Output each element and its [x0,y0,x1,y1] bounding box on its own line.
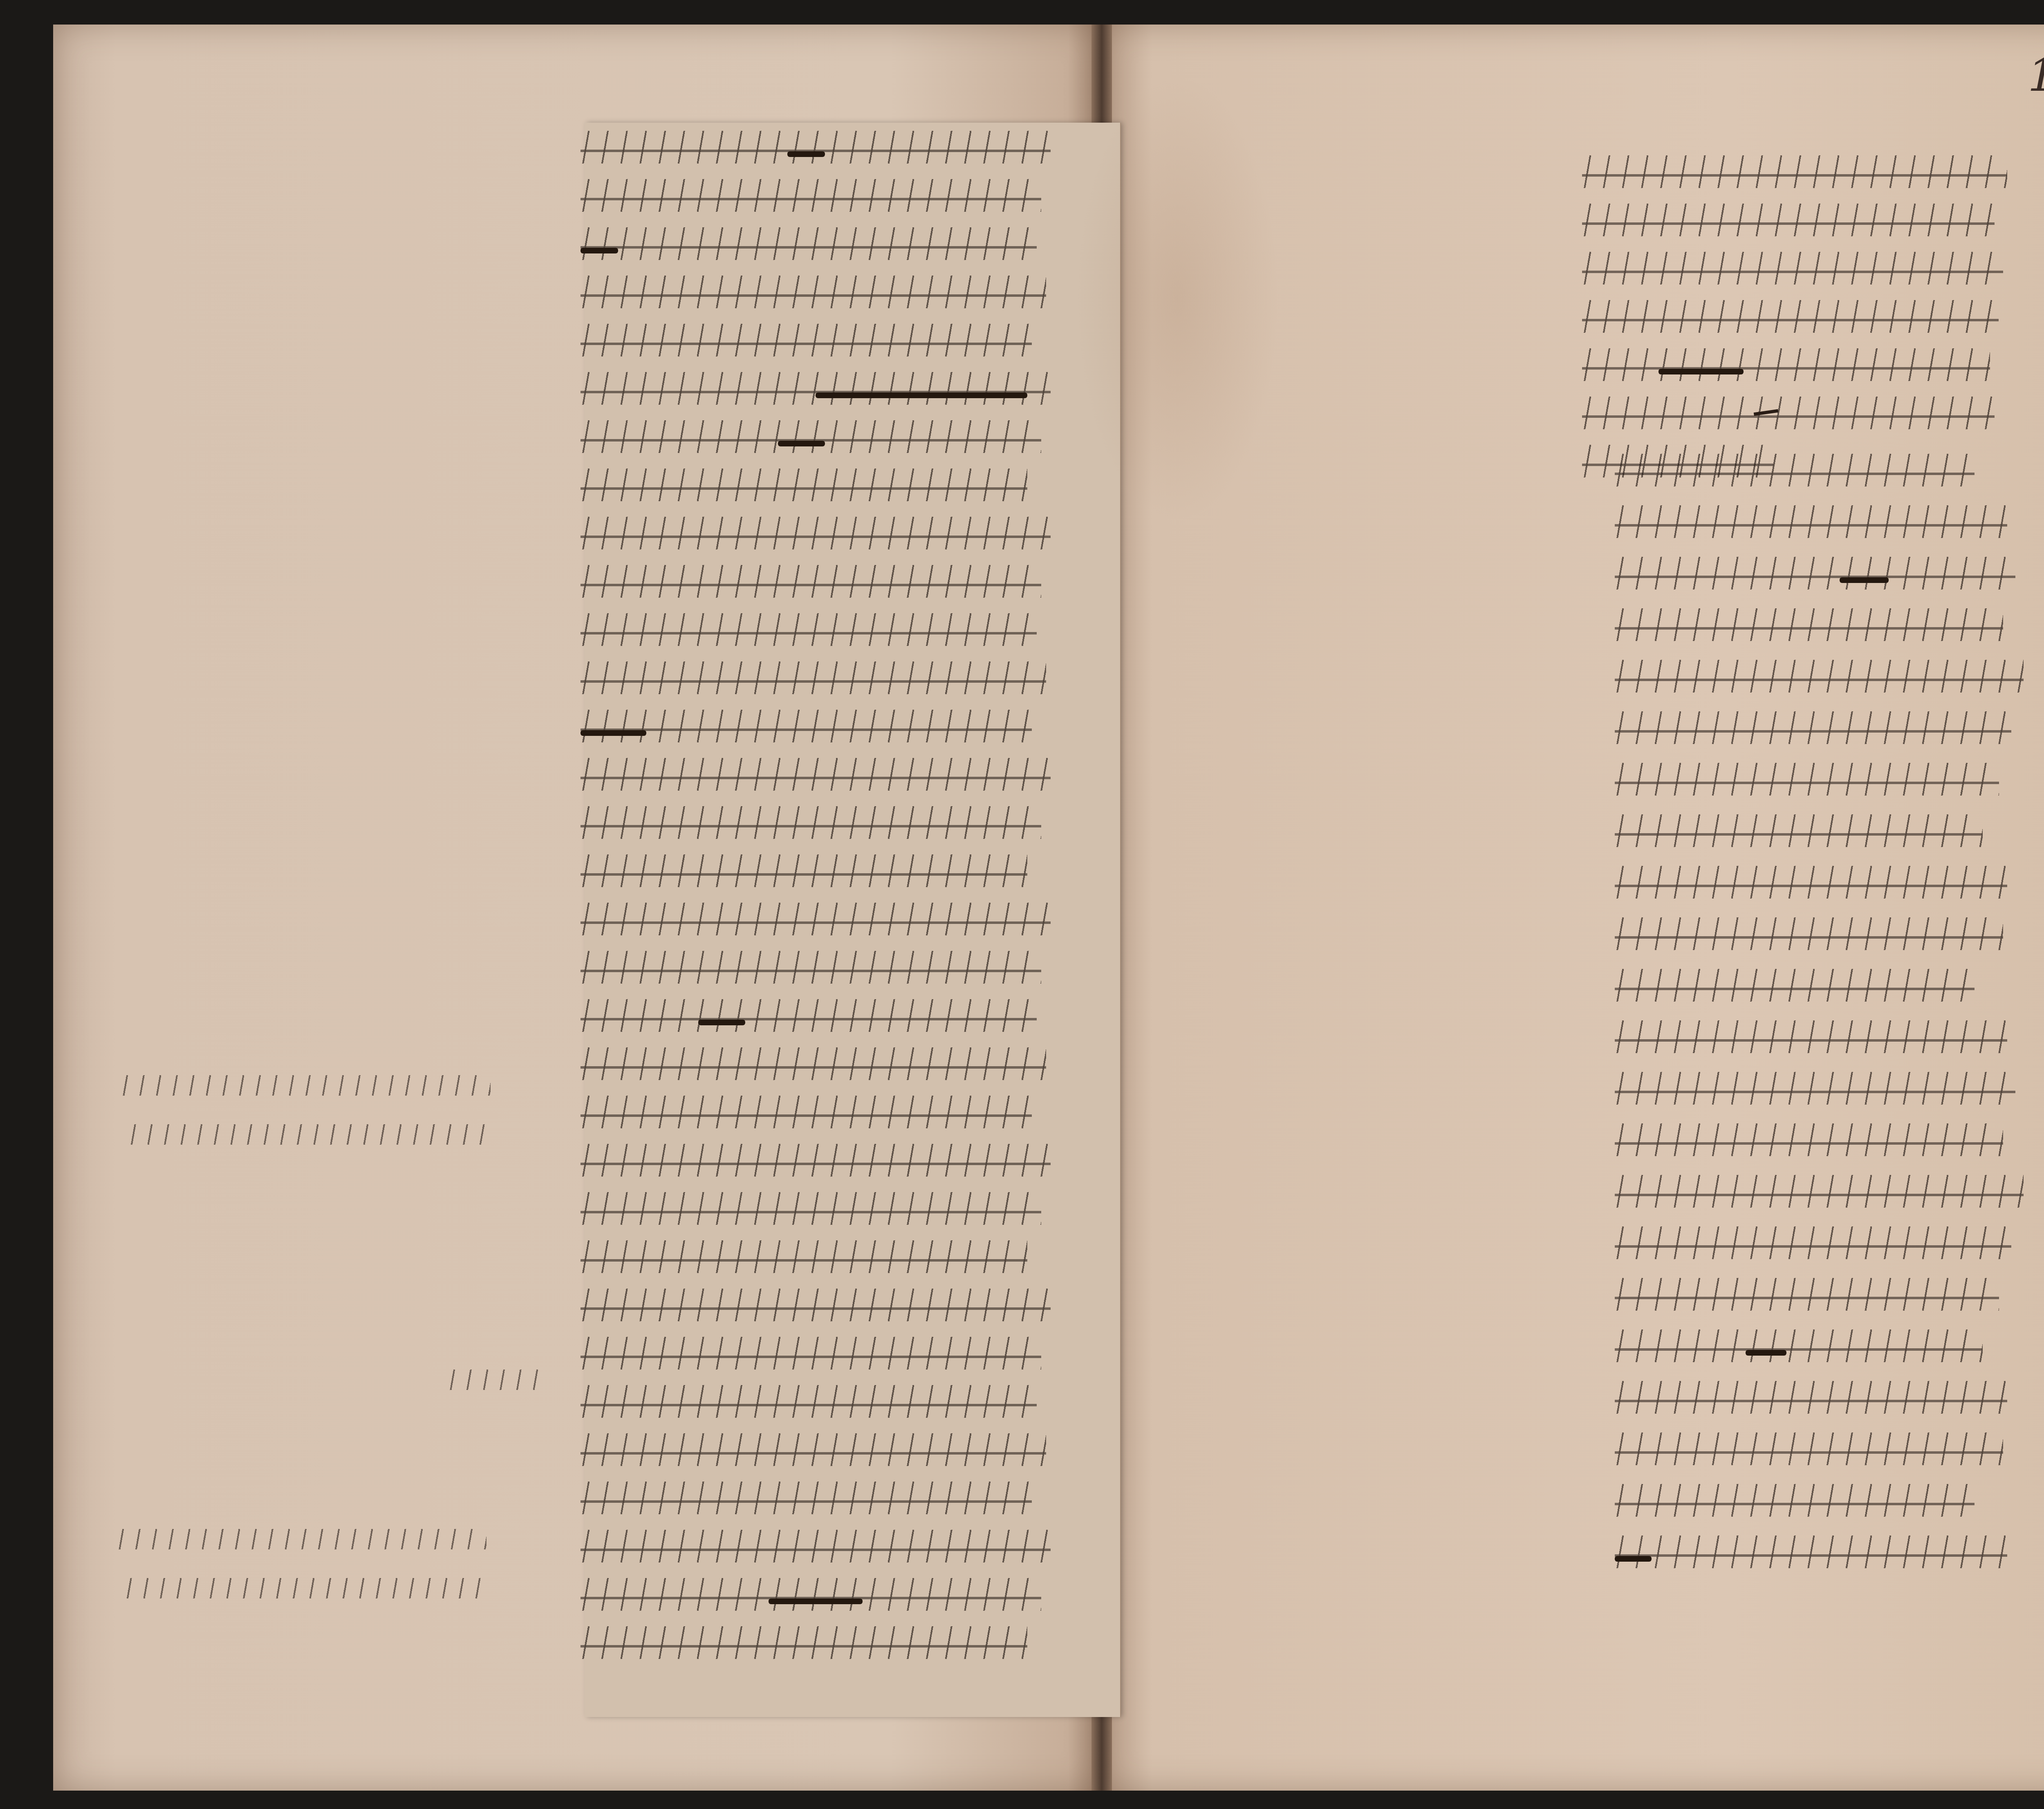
handwritten-line [1615,1088,2024,1101]
handwritten-line [1582,365,2007,377]
handwritten-line [580,1160,1051,1172]
handwritten-line [580,244,1051,256]
handwritten-line [580,195,1051,208]
handwritten-line [1615,728,2024,740]
handwritten-line [580,630,1051,642]
strikethrough [1659,369,1744,374]
handwritten-line [1615,882,2024,894]
handwritten-line [580,919,1051,931]
handwritten-line [580,1112,1051,1124]
folio-number: 10. [2028,49,2044,101]
handwritten-line [1615,1552,2024,1564]
handwritten-line [580,147,1051,159]
handwritten-line [580,871,1051,883]
handwritten-line [1615,1243,2024,1255]
handwritten-line [1615,522,2024,534]
handwritten-line [580,1594,1051,1607]
handwritten-line [580,485,1051,497]
handwritten-line [580,1546,1051,1558]
margin-note-1: allwöchentlich Donnerstag zu halten [123,1051,491,1157]
handwritten-line [580,292,1051,304]
handwritten-line [1582,268,2007,280]
handwritten-line [1615,934,2024,946]
handwritten-line [580,437,1051,449]
handwritten-line [1615,1449,2024,1461]
handwritten-line [580,823,1051,835]
handwritten-line [580,678,1051,690]
handwritten-line [1615,1294,2024,1307]
handwritten-line [580,581,1051,594]
handwritten-line [1582,172,2007,184]
handwritten-line [580,1064,1051,1076]
handwritten-line [1582,220,2007,232]
handwritten-line [1615,985,2024,998]
left-page-body-text [580,147,1051,1691]
strikethrough [698,1020,745,1025]
handwritten-line [1615,1397,2024,1410]
strikethrough [580,248,618,253]
handwritten-line [1615,831,2024,843]
handwritten-line [1615,1500,2024,1513]
handwritten-line [1615,573,2024,585]
right-page-lower-text [1615,470,2024,1603]
strikethrough [769,1598,863,1604]
strikethrough [1615,1556,1652,1562]
handwritten-line [1615,470,2024,482]
handwritten-line [580,533,1051,545]
handwritten-line [1615,1037,2024,1049]
handwritten-line [1582,316,2007,329]
handwritten-line [580,340,1051,352]
handwritten-line [580,1498,1051,1510]
strikethrough [1746,1350,1786,1356]
handwritten-line [580,1353,1051,1365]
margin-note-2: Lehmann(?) [450,1345,540,1394]
handwritten-line [580,726,1051,738]
handwritten-line [1615,1140,2024,1152]
handwritten-line [580,1257,1051,1269]
handwritten-line [1615,1346,2024,1358]
water-stain [1075,74,1280,523]
handwritten-line [580,774,1051,787]
handwritten-line [580,1643,1051,1655]
margin-note-3: hinsichtlich des ... in der Masse(?) ver… [119,1504,486,1611]
handwritten-line [580,1401,1051,1414]
handwritten-line [1615,676,2024,688]
handwritten-line [1615,779,2024,791]
handwritten-line [1615,625,2024,637]
handwritten-line [1615,1191,2024,1204]
strikethrough [787,151,825,157]
handwritten-line [1582,413,2007,425]
strikethrough [1840,577,1889,583]
handwritten-line [580,967,1051,980]
handwritten-line [580,1305,1051,1317]
handwritten-line [580,1015,1051,1028]
handwritten-line [580,1208,1051,1221]
handwritten-line [580,388,1051,401]
strikethrough [816,392,1027,398]
strikethrough [778,441,825,446]
handwritten-line [580,1450,1051,1462]
strikethrough [580,730,646,736]
